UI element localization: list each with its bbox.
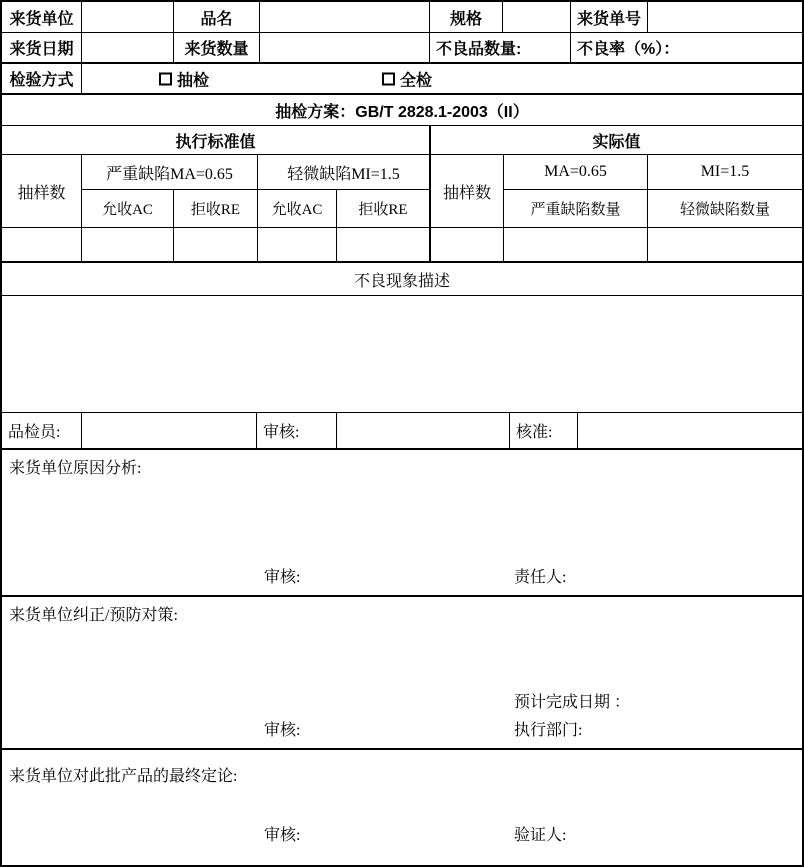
inspection-method-options-cell: 抽检 全检 xyxy=(82,64,802,95)
review-value-cell[interactable] xyxy=(337,413,510,450)
sampling-option[interactable]: 抽检 xyxy=(159,67,209,90)
exec-sample-size-label: 抽样数 xyxy=(2,155,82,228)
defect-description-area[interactable] xyxy=(2,296,802,413)
product-name-value-cell[interactable] xyxy=(260,2,430,33)
major-defect-header: 严重缺陷MA=0.65 xyxy=(82,155,258,190)
sampling-checkbox[interactable] xyxy=(159,72,172,85)
spec-label: 规格 xyxy=(430,2,503,33)
exec-sample-size-value-cell[interactable] xyxy=(2,228,82,263)
minor-reject-label: 拒收RE xyxy=(337,190,431,228)
actual-sample-size-value-cell[interactable] xyxy=(431,228,504,263)
minor-defect-header: 轻微缺陷MI=1.5 xyxy=(258,155,431,190)
minor-qty-label: 轻微缺陷数量 xyxy=(648,190,802,228)
full-inspection-checkbox[interactable] xyxy=(382,72,395,85)
arrival-date-value-cell[interactable] xyxy=(82,33,174,64)
major-qty-label: 严重缺陷数量 xyxy=(504,190,648,228)
arrival-qty-value-cell[interactable] xyxy=(260,33,430,64)
minor-qty-value-cell[interactable] xyxy=(648,228,802,263)
cause-analysis-section[interactable]: 来货单位原因分析: 审核: 责任人: xyxy=(2,450,802,597)
responsible-person-label: 责任人: xyxy=(514,564,566,587)
supplier-label: 来货单位 xyxy=(2,2,82,33)
minor-accept-value-cell[interactable] xyxy=(258,228,337,263)
defect-rate-label: 不良率（%）： xyxy=(571,33,802,64)
product-name-label: 品名 xyxy=(174,2,260,33)
order-no-label: 来货单号 xyxy=(571,2,648,33)
countermeasure-section[interactable]: 来货单位纠正/预防对策: 预计完成日期 ： 审核: 执行部门: xyxy=(2,597,802,750)
full-inspection-option-label: 全检 xyxy=(400,67,432,90)
approve-value-cell[interactable] xyxy=(578,413,802,450)
inspection-method-label: 检验方式 xyxy=(2,64,82,95)
defective-qty-label: 不良品数量: xyxy=(430,33,571,64)
signoff-row: 品检员: 审核: 核准: xyxy=(2,413,802,450)
major-accept-label: 允收AC xyxy=(82,190,174,228)
conclusion-review-label: 审核: xyxy=(264,822,300,845)
expected-date-label: 预计完成日期 ： xyxy=(514,689,630,712)
approve-label: 核准: xyxy=(510,413,578,450)
minor-accept-label: 允收AC xyxy=(258,190,337,228)
spec-value-cell[interactable] xyxy=(503,2,571,33)
supplier-value-cell[interactable] xyxy=(82,2,174,33)
final-conclusion-title: 来货单位对此批产品的最终定论: xyxy=(9,768,237,785)
review-label: 审核: xyxy=(257,413,337,450)
sampling-plan-line: 抽检方案：GB/T 2828.1-2003（II） xyxy=(2,95,802,126)
sampling-option-label: 抽检 xyxy=(177,67,209,90)
incoming-inspection-form: 来货单位 品名 规格 来货单号 来货日期 来货数量 不良品数量: 不良率（%）：… xyxy=(0,0,804,867)
order-no-value-cell[interactable] xyxy=(648,2,802,33)
major-accept-value-cell[interactable] xyxy=(82,228,174,263)
major-reject-label: 拒收RE xyxy=(174,190,258,228)
countermeasure-title: 来货单位纠正/预防对策: xyxy=(9,607,178,624)
countermeasure-review-label: 审核: xyxy=(264,717,300,740)
exec-standard-title: 执行标准值 xyxy=(2,126,431,155)
arrival-date-label: 来货日期 xyxy=(2,33,82,64)
mi-value-header: MI=1.5 xyxy=(648,155,802,190)
full-inspection-option[interactable]: 全检 xyxy=(382,67,432,90)
verifier-label: 验证人: xyxy=(514,822,566,845)
minor-reject-value-cell[interactable] xyxy=(337,228,431,263)
major-qty-value-cell[interactable] xyxy=(504,228,648,263)
ma-value-header: MA=0.65 xyxy=(504,155,648,190)
cause-review-label: 审核: xyxy=(264,564,300,587)
inspector-value-cell[interactable] xyxy=(82,413,257,450)
actual-sample-size-label: 抽样数 xyxy=(431,155,504,228)
standards-table: 执行标准值 实际值 抽样数 严重缺陷MA=0.65 轻微缺陷MI=1.5 抽样数… xyxy=(2,126,802,263)
defect-description-title: 不良现象描述 xyxy=(2,263,802,296)
major-reject-value-cell[interactable] xyxy=(174,228,258,263)
exec-dept-label: 执行部门: xyxy=(514,717,582,740)
arrival-qty-label: 来货数量 xyxy=(174,33,260,64)
cause-analysis-title: 来货单位原因分析: xyxy=(9,460,141,477)
actual-value-title: 实际值 xyxy=(431,126,802,155)
header-table: 来货单位 品名 规格 来货单号 来货日期 来货数量 不良品数量: 不良率（%）：… xyxy=(2,2,802,126)
final-conclusion-section[interactable]: 来货单位对此批产品的最终定论: 审核: 验证人: xyxy=(2,750,802,865)
inspector-label: 品检员: xyxy=(2,413,82,450)
